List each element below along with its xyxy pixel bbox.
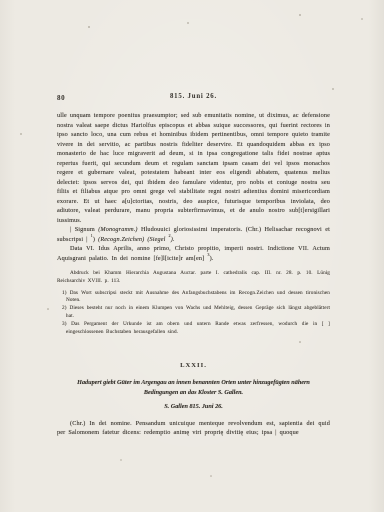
datum-line: Data VI. Idus Aprilis, anno primo, Chris…	[57, 244, 330, 263]
footnote-marker: 2)	[62, 305, 67, 311]
recognition-sign-note: (Recogn.Zeichen) (Siegel	[98, 236, 168, 243]
signum-text: | Signum	[70, 226, 98, 233]
datum-text-close: ).	[210, 255, 214, 262]
scan-speck	[120, 459, 122, 461]
footnote: 1) Das Wort subscripsi steckt mit Ausnah…	[57, 290, 330, 306]
seal-note-close: ).	[171, 236, 175, 243]
footnote-text: Das Pergament der Urkunde ist am obern u…	[66, 321, 330, 335]
footnote: 3) Das Pergament der Urkunde ist am ober…	[57, 321, 330, 337]
source-note: Abdruck bei Khamm Hierarchia Augustana A…	[57, 270, 330, 286]
scan-speck	[299, 14, 301, 16]
charter-72-body: (Chr.) In dei nomine. Pensandum unicuiqu…	[57, 419, 330, 438]
footnote-text: Dieses besteht nur noch in einem Klumpen…	[66, 305, 330, 319]
scan-speck	[187, 22, 189, 24]
scan-speck	[210, 475, 212, 477]
running-header-date: 815. Juni 26.	[57, 93, 330, 100]
scan-speck	[47, 308, 49, 310]
datum-text: Data VI. Idus Aprilis, anno primo, Chris…	[57, 245, 330, 262]
page-content: 80 815. Juni 26. ulle unquam tempore poe…	[57, 93, 330, 438]
charter-72-section: LXXII. Hadupert giebt Güter im Argengau …	[57, 362, 330, 438]
signum-line: | Signum (Monogramm.) Hludouuici glorios…	[57, 225, 330, 244]
page-number: 80	[57, 94, 65, 102]
footnote: 2) Dieses besteht nur noch in einem Klum…	[57, 305, 330, 321]
footnote-marker: 1)	[62, 290, 67, 296]
footnotes: 1) Das Wort subscripsi steckt mit Ausnah…	[57, 290, 330, 337]
scan-speck	[88, 26, 90, 28]
scan-speck	[361, 18, 363, 20]
charter-body-continuation: ulle unquam tempore poenitus praesumptor…	[57, 111, 330, 225]
charter-dateline: S. Gallen 815. Juni 26.	[57, 403, 330, 410]
scan-speck	[332, 88, 334, 90]
scan-speck	[20, 133, 22, 135]
footnote-text: Das Wort subscripsi steckt mit Ausnahme …	[66, 290, 330, 304]
charter-number: LXXII.	[57, 362, 330, 369]
charter-summary: Hadupert giebt Güter im Argengau an inne…	[63, 378, 325, 398]
page-header: 80 815. Juni 26.	[57, 93, 330, 106]
scanned-book-page: 80 815. Juni 26. ulle unquam tempore poe…	[0, 0, 384, 512]
monogram-note: (Monogramm.)	[98, 226, 137, 233]
footnote-marker: 3)	[62, 321, 67, 327]
